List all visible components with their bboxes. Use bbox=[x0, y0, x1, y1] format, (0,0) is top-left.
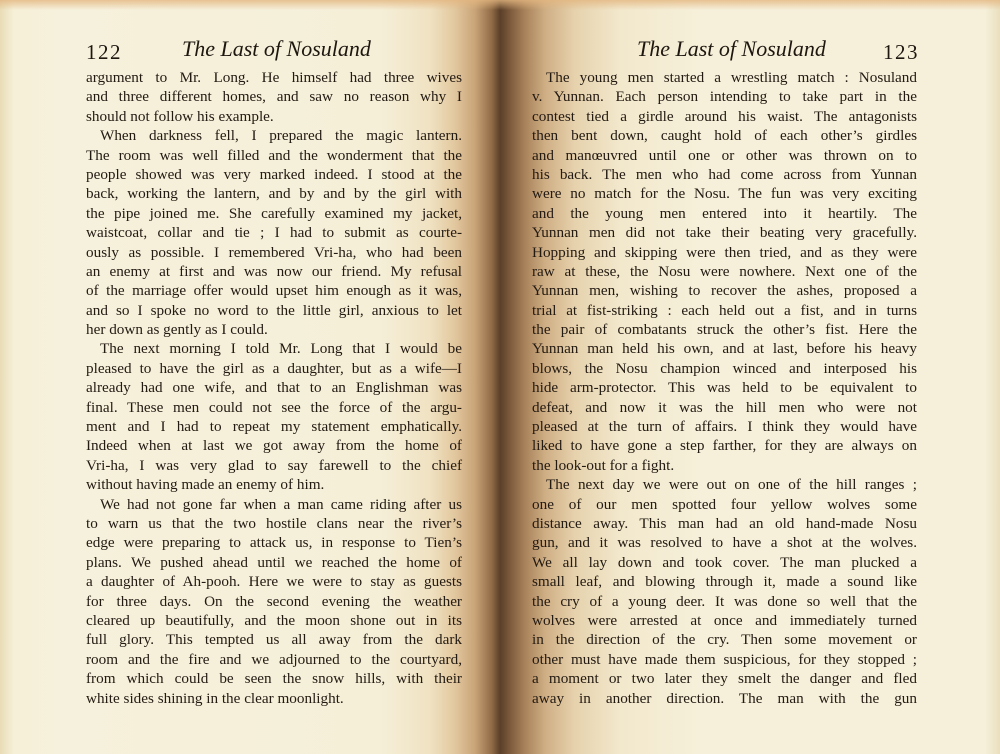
running-head-title: The Last of Nosuland bbox=[182, 36, 371, 62]
text-line: a daughter of Ah-pooh. Here we were to s… bbox=[86, 572, 462, 591]
page-number: 122 bbox=[86, 40, 122, 65]
text-line: from which could be seen the snow hills,… bbox=[86, 669, 462, 688]
text-line: the cry of a young deer. It was done so … bbox=[532, 592, 917, 611]
running-head-title: The Last of Nosuland bbox=[637, 36, 826, 62]
text-line: full glory. This tempted us all away fro… bbox=[86, 630, 462, 649]
text-line: room and the fire and we adjourned to th… bbox=[86, 650, 462, 669]
text-line: distance away. This man had an old hand-… bbox=[532, 514, 917, 533]
text-line: a moment or two later they smelt the dan… bbox=[532, 669, 917, 688]
text-line: her down as gently as I could. bbox=[86, 320, 462, 339]
text-line: of the marriage offer would upset him en… bbox=[86, 281, 462, 300]
text-line: blows, the Nosu champion winced and inte… bbox=[532, 359, 917, 378]
text-line: to warn us that the two hostile clans ne… bbox=[86, 514, 462, 533]
text-line: When darkness fell, I prepared the magic… bbox=[86, 126, 462, 145]
text-line: the pair of combatants struck the other’… bbox=[532, 320, 917, 339]
text-line: Yunnan men did not take their beating ve… bbox=[532, 223, 917, 242]
text-line: wolves were arrested at once and immedia… bbox=[532, 611, 917, 630]
text-line: and three different homes, and saw no re… bbox=[86, 87, 462, 106]
text-line: the pipe joined me. She carefully examin… bbox=[86, 204, 462, 223]
text-line: The room was well filled and the wonderm… bbox=[86, 146, 462, 165]
text-line: for three days. On the second evening th… bbox=[86, 592, 462, 611]
text-line: We all lay down and took cover. The man … bbox=[532, 553, 917, 572]
text-line: small leaf, and blowing through it, made… bbox=[532, 572, 917, 591]
text-line: and the young men entered into it hearti… bbox=[532, 204, 917, 223]
text-line: ously as possible. I remembered Vri-ha, … bbox=[86, 243, 462, 262]
text-line: gun, and it was resolved to have a shot … bbox=[532, 533, 917, 552]
text-line: final. These men could not see the force… bbox=[86, 398, 462, 417]
text-line: Indeed when at last we got away from the… bbox=[86, 436, 462, 455]
right-page-body: The young men started a wrestling match … bbox=[532, 68, 917, 708]
text-line: waistcoat, collar and tie ; I had to sub… bbox=[86, 223, 462, 242]
text-line: defeat, and now it was the hill men who … bbox=[532, 398, 917, 417]
text-line: trial at fist-striking : each held out a… bbox=[532, 301, 917, 320]
text-line: Hopping and skipping were then tried, an… bbox=[532, 243, 917, 262]
text-line: his back. The men who had come across fr… bbox=[532, 165, 917, 184]
text-line: The next morning I told Mr. Long that I … bbox=[86, 339, 462, 358]
text-line: Yunnan man held his own, and at last, be… bbox=[532, 339, 917, 358]
text-line: one of our men spotted four yellow wolve… bbox=[532, 495, 917, 514]
text-line: other must have made them suspicious, fo… bbox=[532, 650, 917, 669]
text-line: The next day we were out on one of the h… bbox=[532, 475, 917, 494]
text-line: Vri-ha, I was very glad to say farewell … bbox=[86, 456, 462, 475]
text-line: an enemy at first and was now our friend… bbox=[86, 262, 462, 281]
text-line: without having made an enemy of him. bbox=[86, 475, 462, 494]
text-line: pleased to have the girl as a daughter, … bbox=[86, 359, 462, 378]
text-line: back, working the lantern, and by and by… bbox=[86, 184, 462, 203]
text-line: pleased at the turn of affairs. I think … bbox=[532, 417, 917, 436]
text-line: and manœuvred until one or other was thr… bbox=[532, 146, 917, 165]
text-line: hide arm-protector. This was held to be … bbox=[532, 378, 917, 397]
text-line: Yunnan men, wishing to recover the ashes… bbox=[532, 281, 917, 300]
left-page-body: argument to Mr. Long. He himself had thr… bbox=[86, 68, 462, 708]
text-line: should not follow his example. bbox=[86, 107, 462, 126]
text-line: white sides shining in the clear moonlig… bbox=[86, 689, 462, 708]
text-line: the look-out for a fight. bbox=[532, 456, 917, 475]
book-spread: 122 The Last of Nosuland argument to Mr.… bbox=[0, 0, 1000, 754]
text-line: people showed was very marked indeed. I … bbox=[86, 165, 462, 184]
right-running-head: The Last of Nosuland 123 bbox=[532, 36, 917, 62]
page-number: 123 bbox=[883, 40, 919, 65]
text-line: The young men started a wrestling match … bbox=[532, 68, 917, 87]
text-line: argument to Mr. Long. He himself had thr… bbox=[86, 68, 462, 87]
text-line: cleared up beautifully, and the moon sho… bbox=[86, 611, 462, 630]
left-running-head: 122 The Last of Nosuland bbox=[86, 36, 462, 62]
text-line: were no match for the Nosu. The fun was … bbox=[532, 184, 917, 203]
text-line: ment and I had to repeat my statement em… bbox=[86, 417, 462, 436]
text-line: already had one wife, and that to an Eng… bbox=[86, 378, 462, 397]
text-line: and so I spoke no word to the little gir… bbox=[86, 301, 462, 320]
text-line: in the direction of the cry. Then some m… bbox=[532, 630, 917, 649]
text-line: raw at these, the Nosu were nowhere. Nex… bbox=[532, 262, 917, 281]
text-line: then bent down, caught hold of each othe… bbox=[532, 126, 917, 145]
text-line: edge were preparing to attack us, in res… bbox=[86, 533, 462, 552]
text-line: liked to have gone a step farther, for t… bbox=[532, 436, 917, 455]
text-line: v. Yunnan. Each person intending to take… bbox=[532, 87, 917, 106]
text-line: We had not gone far when a man came ridi… bbox=[86, 495, 462, 514]
text-line: contest tied a girdle around his waist. … bbox=[532, 107, 917, 126]
text-line: plans. We pushed ahead until we reached … bbox=[86, 553, 462, 572]
text-line: away in another direction. The man with … bbox=[532, 689, 917, 708]
